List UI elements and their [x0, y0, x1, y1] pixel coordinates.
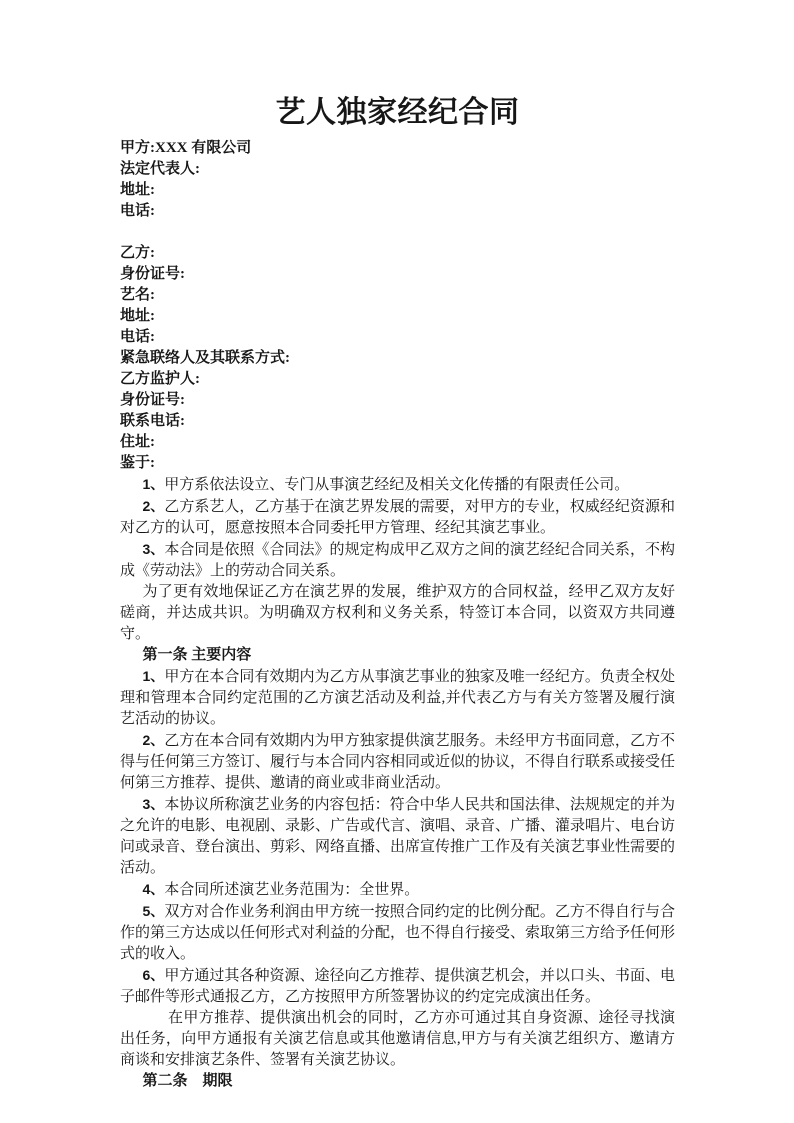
article-1-clause-5-number: 5、 — [143, 903, 165, 919]
article-1-clause-4-text: 本合同所述演艺业务范围为：全世界。 — [164, 882, 419, 898]
article-1-clause-5-text: 双方对合作业务利润由甲方统一按照合同约定的比例分配。乙方不得自行与合作的第三方达… — [120, 904, 675, 962]
party-b-address-line: 地址: — [120, 306, 675, 327]
article-1-clause-2: 2、乙方在本合同有效期内为甲方独家提供演艺服务。未经甲方书面同意，乙方不得与任何… — [120, 730, 675, 794]
article-1-clause-6: 6、甲方通过其各种资源、途径向乙方推荐、提供演艺机会，并以口头、书面、电子邮件等… — [120, 965, 675, 1008]
party-b-phone-line: 电话: — [120, 327, 675, 348]
whereas-item-1-text: 甲方系依法设立、专门从事演艺经纪及相关文化传播的有限责任公司。 — [164, 477, 629, 493]
article-1-heading: 第一条 主要内容 — [120, 645, 675, 666]
article-1-clause-1-number: 1、 — [143, 668, 165, 684]
whereas-item-1: 1、甲方系依法设立、专门从事演艺经纪及相关文化传播的有限责任公司。 — [120, 474, 675, 496]
party-b-stagename-line: 艺名: — [120, 285, 675, 306]
whereas-item-1-number: 1、 — [143, 476, 165, 492]
party-b-guardian-line: 乙方监护人: — [120, 369, 675, 390]
article-1-clause-2-number: 2、 — [143, 732, 165, 748]
article-1-supplement-paragraph: 在甲方推荐、提供演出机会的同时，乙方亦可通过其自身资源、途径寻找演出任务，向甲方… — [120, 1008, 675, 1071]
whereas-item-2: 2、乙方系艺人，乙方基于在演艺界发展的需要，对甲方的专业，权威经纪资源和对乙方的… — [120, 496, 675, 539]
article-2-heading: 第二条 期限 — [120, 1071, 675, 1092]
whereas-item-3: 3、本合同是依照《合同法》的规定构成甲乙双方之间的演艺经纪合同关系，不构成《劳动… — [120, 539, 675, 582]
party-b-id-line: 身份证号: — [120, 264, 675, 285]
article-1-clause-1: 1、甲方在本合同有效期内为乙方从事演艺事业的独家及唯一经纪方。负责全权处理和管理… — [120, 666, 675, 730]
article-1-clause-4-number: 4、 — [143, 881, 165, 897]
preamble-paragraph: 为了更有效地保证乙方在演艺界的发展，维护双方的合同权益，经甲乙双方友好磋商，并达… — [120, 582, 675, 645]
guardian-phone-line: 联系电话: — [120, 411, 675, 432]
whereas-item-3-number: 3、 — [143, 541, 165, 557]
party-b-name-line: 乙方: — [120, 243, 675, 264]
article-1-clause-1-text: 甲方在本合同有效期内为乙方从事演艺事业的独家及唯一经纪方。负责全权处理和管理本合… — [120, 669, 675, 727]
whereas-item-2-number: 2、 — [143, 498, 165, 514]
whereas-item-2-text: 乙方系艺人，乙方基于在演艺界发展的需要，对甲方的专业，权威经纪资源和对乙方的认可… — [120, 499, 675, 536]
party-a-name-line: 甲方:XXX 有限公司 — [120, 138, 675, 159]
article-1-clause-6-text: 甲方通过其各种资源、途径向乙方推荐、提供演艺机会，并以口头、书面、电子邮件等形式… — [120, 968, 675, 1005]
party-a-phone-line: 电话: — [120, 201, 675, 222]
whereas-label: 鉴于: — [120, 453, 675, 474]
article-1-clause-2-text: 乙方在本合同有效期内为甲方独家提供演艺服务。未经甲方书面同意，乙方不得与任何第三… — [120, 733, 675, 791]
contract-title: 艺人独家经纪合同 — [120, 93, 675, 133]
guardian-id-line: 身份证号: — [120, 390, 675, 411]
party-a-address-line: 地址: — [120, 180, 675, 201]
article-1-clause-3-text: 本协议所称演艺业务的内容包括：符合中华人民共和国法律、法规规定的并为之允许的电影… — [120, 797, 675, 876]
party-a-representative-line: 法定代表人: — [120, 159, 675, 180]
article-1-clause-4: 4、本合同所述演艺业务范围为：全世界。 — [120, 879, 675, 901]
contract-body: 甲方:XXX 有限公司 法定代表人: 地址: 电话: 乙方: 身份证号: 艺名:… — [120, 138, 675, 1092]
spacer-line — [120, 222, 675, 243]
whereas-item-3-text: 本合同是依照《合同法》的规定构成甲乙双方之间的演艺经纪合同关系，不构成《劳动法》… — [120, 542, 675, 579]
party-b-emergency-contact-line: 紧急联络人及其联系方式: — [120, 348, 675, 369]
article-1-clause-3: 3、本协议所称演艺业务的内容包括：符合中华人民共和国法律、法规规定的并为之允许的… — [120, 794, 675, 879]
document-page: 艺人独家经纪合同 甲方:XXX 有限公司 法定代表人: 地址: 电话: 乙方: … — [0, 0, 794, 1123]
article-1-clause-5: 5、双方对合作业务利润由甲方统一按照合同约定的比例分配。乙方不得自行与合作的第三… — [120, 901, 675, 965]
article-1-clause-6-number: 6、 — [143, 967, 165, 983]
guardian-address-line: 住址: — [120, 432, 675, 453]
article-1-clause-3-number: 3、 — [143, 796, 165, 812]
